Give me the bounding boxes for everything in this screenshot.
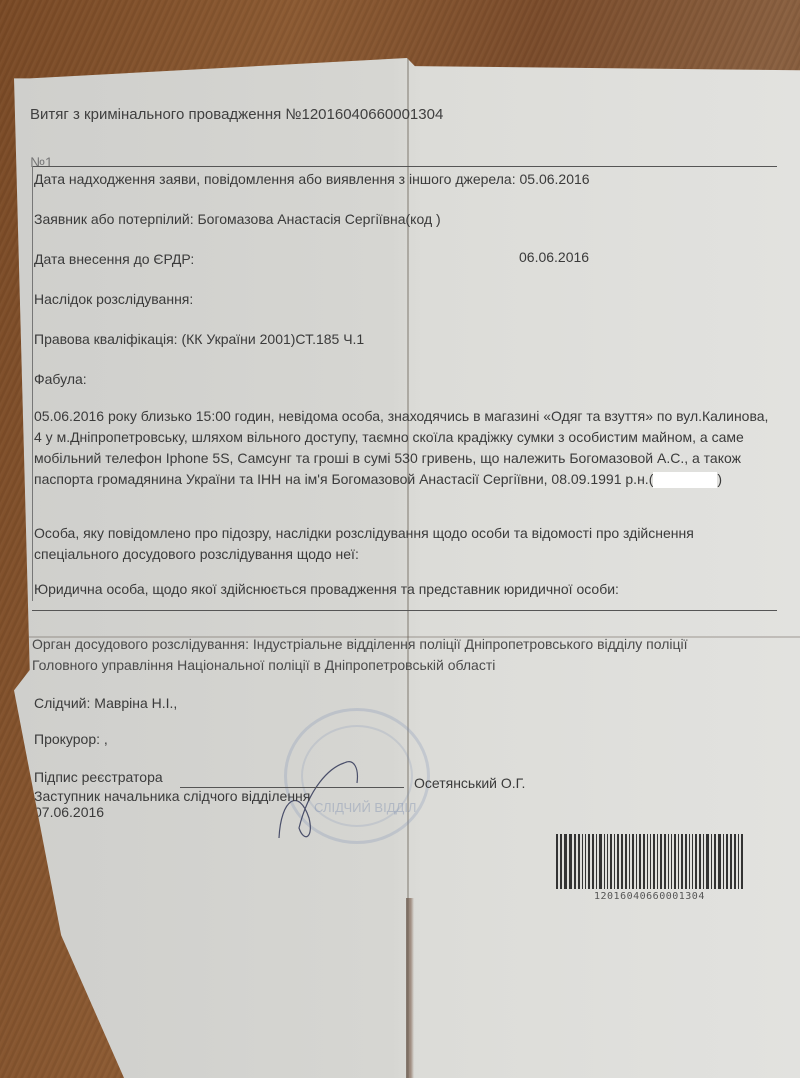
erdr-date-value: 06.06.2016 [519, 249, 589, 265]
registrar-name: Осетянський О.Г. [414, 775, 525, 791]
table-left-border [32, 166, 33, 601]
legal-qualification-value: (КК України 2001)СТ.185 Ч.1 [181, 331, 364, 347]
issue-date: 07.06.2016 [34, 804, 104, 820]
erdr-date-label: Дата внесення до ЄРДР: [34, 251, 194, 267]
barcode-number: 12016040660001304 [594, 891, 705, 902]
document-title: Витяг з кримінального провадження №12016… [30, 106, 443, 123]
receipt-date-value: 05.06.2016 [520, 171, 590, 187]
document-sheet: Витяг з кримінального провадження №12016… [14, 58, 800, 1078]
table-top-border [32, 166, 777, 167]
applicant-value: Богомазова Анастасія Сергіївна(код ) [197, 211, 440, 227]
applicant-row: Заявник або потерпілий: Богомазова Анаст… [34, 211, 441, 227]
paper-tear [406, 898, 414, 1078]
plot-text: 05.06.2016 року близько 15:00 годин, нев… [34, 406, 779, 490]
legal-entity-label: Юридична особа, щодо якої здійснюється п… [34, 581, 619, 597]
record-number: №1 [30, 154, 53, 170]
investigation-result-label: Наслідок розслідування: [34, 291, 193, 307]
registrar-signature-label: Підпис реєстратора [34, 769, 163, 785]
receipt-date-label: Дата надходження заяви, повідомлення або… [34, 171, 516, 187]
redacted-block [653, 472, 717, 488]
registrar-position: Заступник начальника слідчого відділення [34, 788, 310, 804]
receipt-date-row: Дата надходження заяви, повідомлення або… [34, 171, 590, 187]
applicant-label: Заявник або потерпілий: [34, 211, 194, 227]
investigation-body: Орган досудового розслідування: Індустрі… [32, 634, 732, 676]
plot-text-closing: ) [717, 471, 722, 487]
table-bottom-border [32, 610, 777, 611]
investigator: Слідчий: Мавріна Н.І., [34, 695, 177, 711]
suspect-label: Особа, яку повідомлено про підозру, насл… [34, 523, 779, 565]
prosecutor: Прокурор: , [34, 731, 108, 747]
plot-label: Фабула: [34, 371, 87, 387]
legal-qualification-label: Правова кваліфікація: [34, 331, 178, 347]
barcode [556, 834, 756, 889]
legal-qualification-row: Правова кваліфікація: (КК України 2001)С… [34, 331, 364, 347]
